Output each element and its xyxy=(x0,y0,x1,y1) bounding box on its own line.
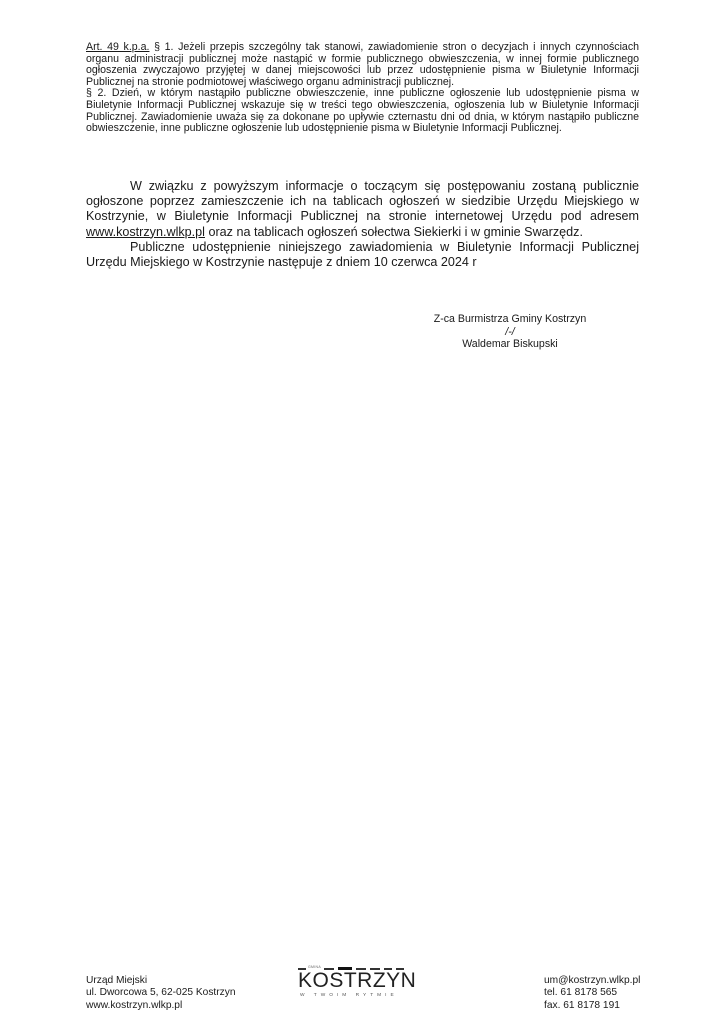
legal-paragraph-1: Art. 49 k.p.a. § 1. Jeżeli przepis szcze… xyxy=(86,42,639,88)
signatory-name: Waldemar Biskupski xyxy=(415,338,605,351)
signature-mark: /-/ xyxy=(415,326,605,339)
article-reference: Art. 49 k.p.a. xyxy=(86,41,149,53)
signature-block: Z-ca Burmistrza Gminy Kostrzyn /-/ Walde… xyxy=(415,313,605,351)
notice-paragraph-1: W związku z powyższym informacje o toczą… xyxy=(86,179,639,240)
office-website: www.kostrzyn.wlkp.pl xyxy=(86,1000,236,1012)
logo-tagline: W TWOIM RYTMIE xyxy=(300,993,398,998)
notice-paragraph-2: Publiczne udostępnienie niniejszego zawi… xyxy=(86,240,639,270)
notice-body: W związku z powyższym informacje o toczą… xyxy=(86,179,639,270)
footer-address: Urząd Miejski ul. Dworcowa 5, 62-025 Kos… xyxy=(86,975,236,1012)
logo-wordmark: KOSTRZYN xyxy=(298,970,416,992)
document-page: Art. 49 k.p.a. § 1. Jeżeli przepis szcze… xyxy=(0,0,724,1024)
footer-contact: um@kostrzyn.wlkp.pl tel. 61 8178 565 fax… xyxy=(544,975,640,1012)
signatory-title: Z-ca Burmistrza Gminy Kostrzyn xyxy=(415,313,605,326)
office-address: ul. Dworcowa 5, 62-025 Kostrzyn xyxy=(86,987,236,999)
website-link[interactable]: www.kostrzyn.wlkp.pl xyxy=(86,225,205,239)
contact-fax: fax. 61 8178 191 xyxy=(544,1000,640,1012)
kostrzyn-logo: GMINA KOSTRZYN W TWOIM RYTMIE xyxy=(296,966,406,1002)
office-name: Urząd Miejski xyxy=(86,975,236,987)
legal-paragraph-2: § 2. Dzień, w którym nastąpiło publiczne… xyxy=(86,88,639,134)
legal-citation: Art. 49 k.p.a. § 1. Jeżeli przepis szcze… xyxy=(86,42,639,135)
contact-email: um@kostrzyn.wlkp.pl xyxy=(544,975,640,987)
contact-phone: tel. 61 8178 565 xyxy=(544,987,640,999)
legal-paragraph-1-text: § 1. Jeżeli przepis szczególny tak stano… xyxy=(86,41,639,88)
